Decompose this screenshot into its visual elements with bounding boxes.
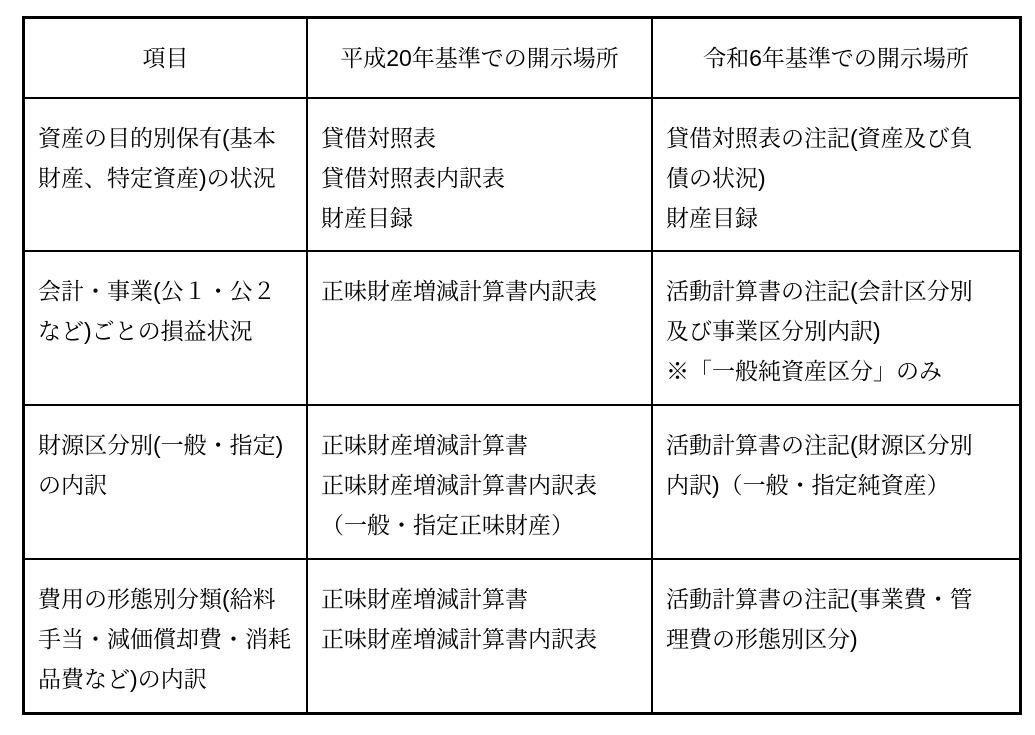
header-cell-heisei20-standard: 平成20年基準での開示場所: [308, 19, 653, 99]
header-cell-item: 項目: [25, 19, 308, 99]
row1-reiwa6-location-cell: 貸借対照表の注記(資産及び負 債の状況) 財産目録: [653, 99, 1019, 252]
document-page: 項目 平成20年基準での開示場所 令和6年基準での開示場所 資産の目的別保有(基…: [0, 0, 1035, 735]
row2-reiwa6-location-cell: 活動計算書の注記(会計区分別 及び事業区分別内訳) ※「一般純資産区分」のみ: [653, 252, 1019, 406]
row4-heisei20-location-cell: 正味財産増減計算書 正味財産増減計算書内訳表: [308, 560, 653, 712]
row2-heisei20-location-cell: 正味財産増減計算書内訳表: [308, 252, 653, 406]
row4-reiwa6-location-cell: 活動計算書の注記(事業費・管 理費の形態別区分): [653, 560, 1019, 712]
row1-heisei20-location-cell: 貸借対照表 貸借対照表内訳表 財産目録: [308, 99, 653, 252]
header-cell-reiwa6-standard: 令和6年基準での開示場所: [653, 19, 1019, 99]
row3-reiwa6-location-cell: 活動計算書の注記(財源区分別 内訳)（一般・指定純資産）: [653, 406, 1019, 560]
disclosure-comparison-table: 項目 平成20年基準での開示場所 令和6年基準での開示場所 資産の目的別保有(基…: [22, 16, 1022, 715]
row3-heisei20-location-cell: 正味財産増減計算書 正味財産増減計算書内訳表 （一般・指定正味財産）: [308, 406, 653, 560]
row3-item-cell: 財源区分別(一般・指定) の内訳: [25, 406, 308, 560]
row4-item-cell: 費用の形態別分類(給料 手当・減価償却費・消耗 品費など)の内訳: [25, 560, 308, 712]
row1-item-cell: 資産の目的別保有(基本 財産、特定資産)の状況: [25, 99, 308, 252]
row2-item-cell: 会計・事業(公１・公２ など)ごとの損益状況: [25, 252, 308, 406]
